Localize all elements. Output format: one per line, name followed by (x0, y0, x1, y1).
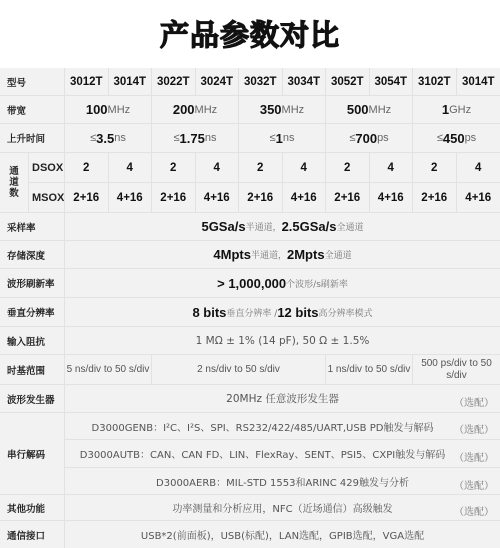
serial-option: D3000AUTB：CAN、CAN FD、LIN、FlexRay、SENT、PS… (65, 440, 500, 468)
model-cell: 3012T (65, 68, 109, 95)
dsox-label: DSOX (29, 153, 65, 182)
optional-badge: （选配） (454, 449, 494, 464)
dsox-cell: 2 (65, 153, 109, 182)
row-label-memory-depth: 存储深度 (0, 241, 65, 268)
optional-badge: （选配） (454, 477, 494, 492)
dsox-row: DSOX 2 4 2 4 2 4 2 4 2 4 (29, 153, 500, 183)
sample-rate-value: 5GSa/s半通道，2.5GSa/s全通道 (65, 213, 500, 240)
msox-cell: 2+16 (239, 183, 283, 213)
bandwidth-cell: 200MHz (152, 96, 239, 123)
optional-badge: （选配） (454, 421, 494, 436)
model-row: 型号 3012T 3014T 3022T 3024T 3032T 3034T 3… (0, 68, 500, 96)
msox-cell: 4+16 (283, 183, 327, 213)
bandwidth-cell: 100MHz (65, 96, 152, 123)
row-label-comm-interface: 通信接口 (0, 521, 65, 548)
model-cell: 3052T (326, 68, 370, 95)
timebase-cell: 1 ns/div to 50 s/div (326, 355, 413, 384)
model-cell: 3102T (413, 68, 457, 95)
rise-time-cell: ≤ 450 ps (413, 124, 500, 152)
dsox-cell: 2 (239, 153, 283, 182)
row-label-input-impedance: 输入阻抗 (0, 327, 65, 354)
waveform-rate-row: 波形刷新率 > 1,000,000个波形/s刷新率 (0, 269, 500, 298)
dsox-cell: 4 (370, 153, 414, 182)
model-cell: 3014T (109, 68, 153, 95)
model-cell: 3024T (196, 68, 240, 95)
dsox-cell: 4 (196, 153, 240, 182)
rise-time-cell: ≤ 3.5 ns (65, 124, 152, 152)
other-features-value: 功率测量和分析应用，NFC（近场通信）高级触发 （选配） (65, 495, 500, 520)
other-features-row: 其他功能 功率测量和分析应用，NFC（近场通信）高级触发 （选配） (0, 495, 500, 521)
memory-depth-row: 存储深度 4Mpts半通道，2Mpts全通道 (0, 241, 500, 269)
sample-rate-row: 采样率 5GSa/s半通道，2.5GSa/s全通道 (0, 213, 500, 241)
bandwidth-row: 带宽 100MHz 200MHz 350MHz 500MHz 1GHz (0, 96, 500, 124)
optional-badge: （选配） (454, 503, 494, 518)
dsox-cell: 2 (326, 153, 370, 182)
serial-option: D3000AERB：MIL-STD 1553和ARINC 429触发与分析 （选… (65, 468, 500, 495)
row-label-bandwidth: 带宽 (0, 96, 65, 123)
row-label-model: 型号 (0, 68, 65, 95)
msox-cell: 4+16 (109, 183, 153, 213)
dsox-cell: 4 (457, 153, 500, 182)
serial-decode-row: 串行解码 D3000GENB：I²C、I²S、SPI、RS232/422/485… (0, 413, 500, 495)
row-label-waveform-rate: 波形刷新率 (0, 269, 65, 297)
vertical-resolution-row: 垂直分辨率 8 bits 垂直分辨率 /12 bits 高分辨率模式 (0, 298, 500, 327)
timebase-row: 时基范围 5 ns/div to 50 s/div 2 ns/div to 50… (0, 355, 500, 385)
row-label-other-features: 其他功能 (0, 495, 65, 520)
rise-time-row: 上升时间 ≤ 3.5 ns ≤ 1.75 ns ≤ 1 ns ≤ 700 ps … (0, 124, 500, 153)
msox-row: MSOX 2+16 4+16 2+16 4+16 2+16 4+16 2+16 … (29, 183, 500, 213)
model-cell: 3032T (239, 68, 283, 95)
memory-depth-value: 4Mpts半通道，2Mpts全通道 (65, 241, 500, 268)
timebase-cell: 500 ps/div to 50 s/div (413, 355, 500, 384)
optional-badge: （选配） (454, 394, 494, 409)
msox-cell: 4+16 (196, 183, 240, 213)
spec-comparison-table: 型号 3012T 3014T 3022T 3024T 3032T 3034T 3… (0, 68, 500, 548)
channels-row: 通道数 DSOX 2 4 2 4 2 4 2 4 2 4 MSOX 2+16 4… (0, 153, 500, 213)
row-label-vertical-resolution: 垂直分辨率 (0, 298, 65, 326)
waveform-generator-value: 20MHz 任意波形发生器 （选配） (65, 385, 500, 412)
page-title: 产品参数对比 (0, 0, 500, 66)
row-label-timebase: 时基范围 (0, 355, 65, 384)
msox-cell: 2+16 (413, 183, 457, 213)
model-cell: 3014T (457, 68, 500, 95)
rise-time-cell: ≤ 1.75 ns (152, 124, 239, 152)
bandwidth-cell: 350MHz (239, 96, 326, 123)
dsox-cell: 4 (283, 153, 327, 182)
timebase-cell: 2 ns/div to 50 s/div (152, 355, 326, 384)
waveform-generator-row: 波形发生器 20MHz 任意波形发生器 （选配） (0, 385, 500, 413)
msox-cell: 4+16 (457, 183, 500, 213)
msox-cell: 2+16 (152, 183, 196, 213)
msox-cell: 2+16 (326, 183, 370, 213)
msox-label: MSOX (29, 183, 65, 213)
input-impedance-row: 输入阻抗 1 MΩ ± 1% (14 pF), 50 Ω ± 1.5% (0, 327, 500, 355)
bandwidth-cell: 1GHz (413, 96, 500, 123)
dsox-cell: 2 (413, 153, 457, 182)
comm-interface-row: 通信接口 USB*2(前面板)，USB(标配)，LAN选配，GPIB选配，VGA… (0, 521, 500, 548)
msox-cell: 4+16 (370, 183, 414, 213)
row-label-waveform-generator: 波形发生器 (0, 385, 65, 412)
model-cell: 3022T (152, 68, 196, 95)
input-impedance-value: 1 MΩ ± 1% (14 pF), 50 Ω ± 1.5% (65, 327, 500, 354)
row-label-rise-time: 上升时间 (0, 124, 65, 152)
rise-time-cell: ≤ 1 ns (239, 124, 326, 152)
row-label-serial-decode: 串行解码 (0, 413, 65, 494)
row-label-sample-rate: 采样率 (0, 213, 65, 240)
dsox-cell: 2 (152, 153, 196, 182)
timebase-cell: 5 ns/div to 50 s/div (65, 355, 152, 384)
msox-cell: 2+16 (65, 183, 109, 213)
model-cell: 3034T (283, 68, 327, 95)
row-label-channels: 通道数 (0, 153, 29, 212)
rise-time-cell: ≤ 700 ps (326, 124, 413, 152)
model-cell: 3054T (370, 68, 414, 95)
vertical-resolution-value: 8 bits 垂直分辨率 /12 bits 高分辨率模式 (65, 298, 500, 326)
dsox-cell: 4 (109, 153, 153, 182)
serial-option: D3000GENB：I²C、I²S、SPI、RS232/422/485/UART… (65, 413, 500, 440)
waveform-rate-value: > 1,000,000个波形/s刷新率 (65, 269, 500, 297)
comm-interface-value: USB*2(前面板)，USB(标配)，LAN选配，GPIB选配，VGA选配 (65, 521, 500, 548)
bandwidth-cell: 500MHz (326, 96, 413, 123)
